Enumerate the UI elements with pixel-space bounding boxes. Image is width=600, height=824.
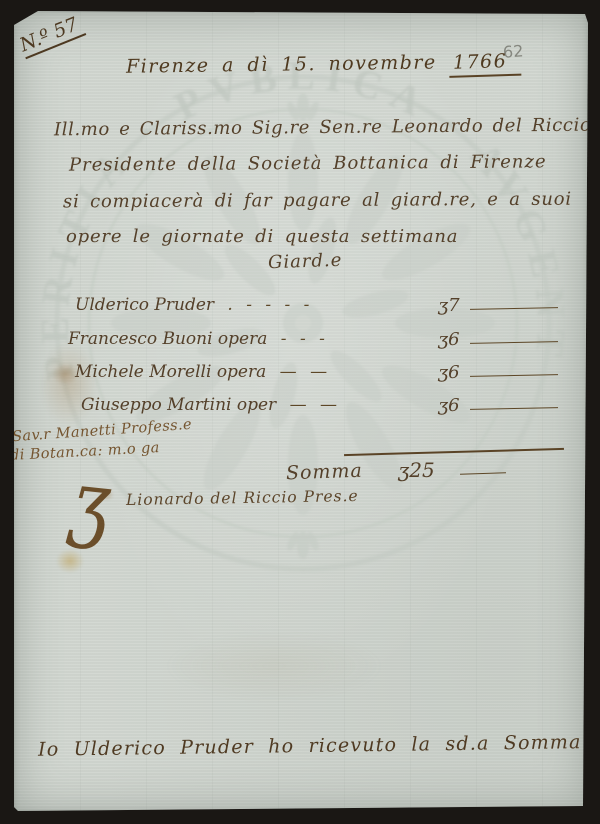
amount-value: ʒ6	[438, 329, 460, 350]
amount-rule	[470, 307, 558, 310]
pay-row: Michele Morelli opera — — ʒ6	[68, 362, 568, 388]
amount-value: ʒ6	[438, 395, 460, 416]
leader-dashes: — —	[282, 395, 341, 415]
leader-dashes: - - -	[273, 329, 329, 349]
sum-value: ʒ25	[398, 458, 435, 482]
sum-label: Somma	[286, 460, 364, 485]
pay-row: Ulderico Pruder . - - - - ʒ7	[68, 295, 568, 321]
leader-dashes: . - - - -	[219, 295, 313, 315]
salutation-line: opere le giornate di questa settimana	[66, 226, 458, 247]
salutation-line: si compiacerà di far pagare al giard.re,…	[63, 189, 572, 213]
leader-dashes: — —	[272, 362, 331, 382]
payee-name: Michele Morelli opera	[68, 362, 266, 382]
date-line: Firenze a dì 15. novembre 1766	[126, 50, 522, 82]
amount-rule	[470, 374, 558, 377]
paper-sheet: PERITIA · PVBLICA · AVGENT	[14, 11, 588, 812]
amount-rule	[470, 407, 558, 410]
payee-name: Ulderico Pruder	[68, 295, 214, 315]
scanned-document-photo: PERITIA · PVBLICA · AVGENT	[0, 0, 600, 824]
amount-value: ʒ7	[438, 295, 460, 316]
section-heading: Giard.e	[268, 250, 343, 274]
amount-rule	[470, 341, 558, 344]
salutation-line: Presidente della Società Bottanica di Fi…	[69, 151, 547, 175]
payee-name: Francesco Buoni opera	[68, 329, 267, 349]
pay-row: Francesco Buoni opera - - - ʒ6	[68, 329, 568, 355]
pay-row: Giuseppo Martini oper — — ʒ6	[68, 395, 568, 421]
amount-value: ʒ6	[438, 362, 460, 383]
date-main: Firenze a dì 15. novembre	[126, 51, 437, 77]
payee-name: Giuseppo Martini oper	[68, 395, 276, 415]
date-year: 1766	[449, 50, 522, 78]
